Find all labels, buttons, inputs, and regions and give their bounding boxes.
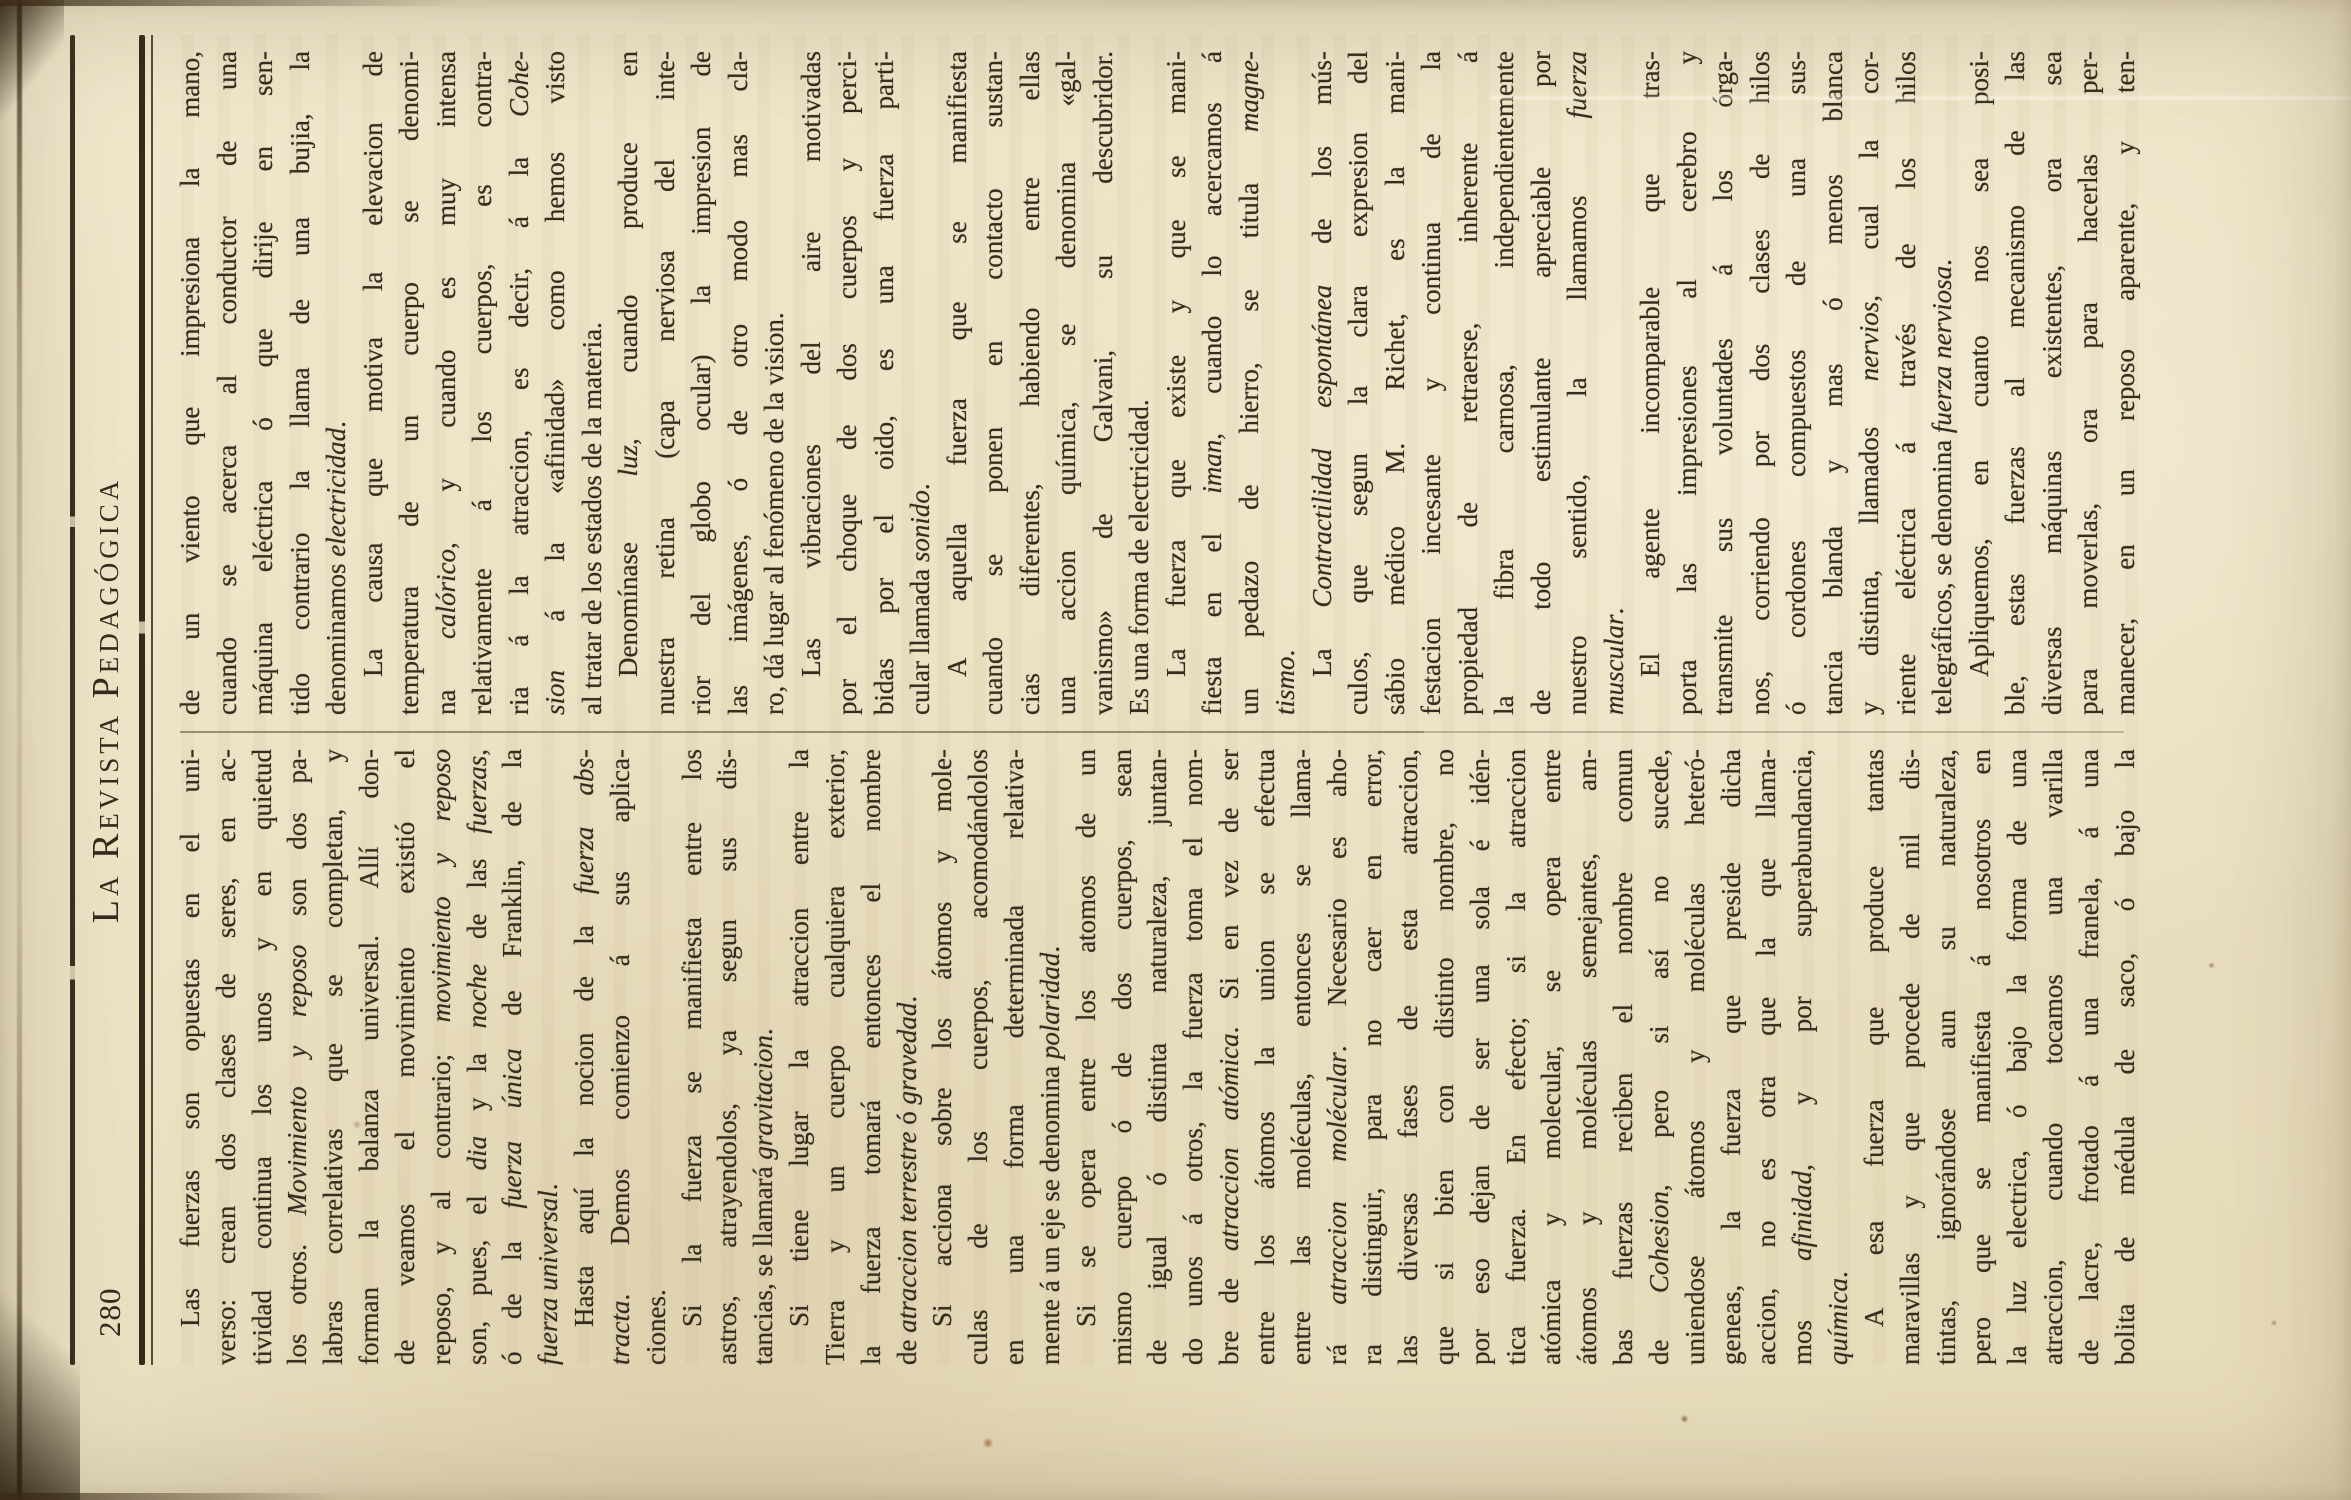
- masthead: 280 La Revista Pedagógica: [82, 35, 134, 1365]
- text-line: Apliquemos, en cuanto nos sea posi-: [1965, 51, 1994, 715]
- text-line: La Contractilidad espontánea de los mús-: [1308, 51, 1337, 715]
- text-line: por el choque de dos cuerpos y perci-: [833, 51, 862, 715]
- text-line: denominamos electricidad.: [322, 51, 351, 715]
- text-line: la luz electrica, ó bajo la forma de una: [2003, 749, 2032, 1365]
- text-line: sábio médico M. Richet, es la mani-: [1381, 51, 1410, 715]
- text-line: tintas, ignorándose aun su naturaleza,: [1932, 749, 1961, 1365]
- text-line: para moverlas, ora para hacerlas per-: [2074, 51, 2103, 715]
- text-line: en una forma determinada relativa-: [1000, 749, 1029, 1365]
- text-line: ciones.: [642, 749, 671, 1365]
- text-line: fiesta en el iman, cuando lo acercamos á: [1198, 51, 1227, 715]
- text-line: son, pues, el dia y la noche de las fuer…: [463, 749, 492, 1365]
- text-line: Las fuerzas son opuestas en el uni-: [176, 749, 205, 1365]
- text-line: cias diferentes, habiendo entre ellas: [1016, 51, 1045, 715]
- text-line: rá atraccion molécular. Necesario es aho…: [1323, 749, 1352, 1365]
- text-line: mismo cuerpo ó de dos cuerpos, sean: [1108, 749, 1137, 1365]
- text-line: atómica y molecular, se opera entre: [1537, 749, 1566, 1365]
- text-line: la fibra carnosa, independientemente: [1490, 51, 1519, 715]
- text-line: mos afinidad, y por superabundancia,: [1788, 749, 1817, 1365]
- text-line: tracta. Demos comienzo á sus aplica-: [606, 749, 635, 1365]
- text-line: astros, atrayendolos, ya segun sus dis-: [713, 749, 742, 1365]
- text-line: tido contrario la llama de una bujia, la: [286, 51, 315, 715]
- journal-title: La Revista Pedagógica: [84, 35, 128, 1365]
- text-line: manecer, en un reposo aparente, y ten-: [2111, 51, 2140, 715]
- text-line: de igual ó distinta naturaleza, juntan-: [1143, 749, 1172, 1365]
- text-line: tancias, se llamará gravitacion.: [749, 749, 778, 1365]
- text-line: reposo, y al contrario; movimiento y rep…: [427, 749, 456, 1365]
- text-line: tismo.: [1271, 51, 1300, 715]
- text-line: máquina eléctrica ó que dirije en sen-: [249, 51, 278, 715]
- text-line: culas de los cuerpos, acomodándolos: [964, 749, 993, 1365]
- column-gutter-rule: [180, 731, 2124, 733]
- text-line: y distinta, llamados nervios, cual la co…: [1855, 51, 1884, 715]
- text-line: A aquella fuerza que se manifiesta: [943, 51, 972, 715]
- text-line: relativamente á los cuerpos, es contra-: [468, 51, 497, 715]
- text-line: bas fuerzas reciben el nombre comun: [1609, 749, 1638, 1365]
- text-line: los otros. Movimiento y reposo son dos p…: [283, 749, 312, 1365]
- text-line: maravillas y que procede de mil dis-: [1896, 749, 1925, 1365]
- text-line: bre de atraccion atómica. Si en vez de s…: [1215, 749, 1244, 1365]
- text-line: telegráficos, se denomina fuerza nervios…: [1928, 51, 1957, 715]
- text-line: fuerza universal.: [534, 749, 563, 1365]
- text-line: de Cohesion, pero si así no sucede,: [1645, 749, 1674, 1365]
- text-line: cular llamada sonido.: [906, 51, 935, 715]
- text-line: Si se opera entre los atomos de un: [1072, 749, 1101, 1365]
- text-line: ó cordones compuestos de una sus-: [1782, 51, 1811, 715]
- scan-paper-background: 280 La Revista Pedagógica Las fuerzas so…: [0, 0, 2351, 1500]
- text-line: do unos á otros, la fuerza toma el nom-: [1179, 749, 1208, 1365]
- text-line: ria á la atraccion, es decir, á la Cohe-: [505, 51, 534, 715]
- text-line: sion á la «afinidad» como hemos visto: [541, 51, 570, 715]
- text-line: mente á un eje se denomina polaridad.: [1036, 749, 1065, 1365]
- text-line: riente eléctrica á través de los hilos: [1892, 51, 1921, 715]
- text-line: Denomínase luz, cuando produce en: [614, 51, 643, 715]
- text-line: verso: crean dos clases de seres, en ac-: [212, 749, 241, 1365]
- text-line: vanismo» de Galvani, su descubridor.: [1089, 51, 1118, 715]
- text-line: na calórico, y cuando es muy intensa: [432, 51, 461, 715]
- text-line: cuando se ponen en contacto sustan-: [979, 51, 1008, 715]
- text-line: Hasta aquí la nocion de la fuerza abs-: [570, 749, 599, 1365]
- text-line: La causa que motiva la elevacion de: [359, 51, 388, 715]
- text-line: por eso dejan de ser una sola é idén-: [1466, 749, 1495, 1365]
- text-line: transmite sus voluntades á los órga-: [1709, 51, 1738, 715]
- text-line: nuestro sentido, la llamamos fuerza: [1563, 51, 1592, 715]
- column-right: de un viento que impresiona la mano,cuan…: [176, 51, 2140, 715]
- rule-below-masthead-thick: [139, 35, 145, 1365]
- text-line: uniendose átomos y moléculas heteró-: [1681, 749, 1710, 1365]
- text-line: la fuerza tomará entonces el nombre: [857, 749, 886, 1365]
- text-line: festacion incesante y continua de la: [1417, 51, 1446, 715]
- rule-below-masthead-thin: [151, 35, 153, 1365]
- text-line: El agente incomparable que tras-: [1636, 51, 1665, 715]
- text-line: temperatura de un cuerpo se denomi-: [395, 51, 424, 715]
- text-line: nuestra retina (capa nerviosa del inte-: [651, 51, 680, 715]
- text-line: nos, corriendo por dos clases de hilos: [1746, 51, 1775, 715]
- text-line: que si bien con distinto nombre, no: [1430, 749, 1459, 1365]
- text-line: tica fuerza. En efecto; si la atraccion: [1502, 749, 1531, 1365]
- text-line: Es una forma de electricidad.: [1125, 51, 1154, 715]
- rule-above-masthead: [70, 35, 75, 1365]
- text-line: atraccion, cuando tocamos una varilla: [2039, 749, 2068, 1365]
- rotated-page-sheet: 280 La Revista Pedagógica Las fuerzas so…: [0, 0, 2351, 1500]
- text-line: A esa fuerza que produce tantas: [1860, 749, 1889, 1365]
- text-line: de todo estimulante apreciable por: [1527, 51, 1556, 715]
- text-line: ra distinguir, para no caer en error,: [1358, 749, 1387, 1365]
- text-line: entre las moléculas, entonces se llama-: [1287, 749, 1316, 1365]
- text-line: labras correlativas que se completan, y: [319, 749, 348, 1365]
- text-line: al tratar de los estados de la materia.: [578, 51, 607, 715]
- text-line: ble, estas fuerzas al mecanismo de las: [2001, 51, 2030, 715]
- text-line: forman la balanza universal. Allí don-: [355, 749, 384, 1365]
- text-line: Si acciona sobre los átomos y mole-: [928, 749, 957, 1365]
- text-line: las diversas fases de esta atraccion,: [1394, 749, 1423, 1365]
- text-line: entre los átomos la union se efectua: [1251, 749, 1280, 1365]
- text-line: muscular.: [1600, 51, 1629, 715]
- text-line: de veamos el movimiento existió el: [391, 749, 420, 1365]
- text-line: ro, dá lugar al fenómeno de la vision.: [760, 51, 789, 715]
- text-line: geneas, la fuerza que preside dicha: [1717, 749, 1746, 1365]
- text-line: ó de la fuerza única de Franklin, de la: [498, 749, 527, 1365]
- text-body: Las fuerzas son opuestas en el uni-verso…: [176, 35, 2140, 1365]
- text-line: tancia blanda y mas ó menos blanca: [1819, 51, 1848, 715]
- text-line: La fuerza que existe y que se mani-: [1162, 51, 1191, 715]
- text-line: porta las impresiones al cerebro y: [1673, 51, 1702, 715]
- text-line: propiedad de retraerse, inherente á: [1454, 51, 1483, 715]
- text-line: culos, que segun la clara expresion del: [1344, 51, 1373, 715]
- text-line: bolita de médula de saco, ó bajo la: [2111, 749, 2140, 1365]
- text-line: diversas máquinas existentes, ora sea: [2038, 51, 2067, 715]
- text-line: un pedazo de hierro, se titula magne-: [1235, 51, 1264, 715]
- text-line: accion, no es otra que la que llama-: [1752, 749, 1781, 1365]
- column-left: Las fuerzas son opuestas en el uni-verso…: [176, 749, 2140, 1365]
- text-line: cuando se acerca al conductor de una: [213, 51, 242, 715]
- text-line: rior del globo ocular) la impresion de: [687, 51, 716, 715]
- text-line: Tierra y un cuerpo cualquiera exterior,: [821, 749, 850, 1365]
- text-line: bidas por el oido, es una fuerza parti-: [870, 51, 899, 715]
- text-line: Si la fuerza se manifiesta entre los: [678, 749, 707, 1365]
- text-line: las imágenes, ó de otro modo mas cla-: [724, 51, 753, 715]
- scanned-journal-page: { "scan": { "paper_color": "#ece2c5", "i…: [0, 0, 2351, 1500]
- text-line: de un viento que impresiona la mano,: [176, 51, 205, 715]
- text-line: átomos y moléculas semejantes, am-: [1573, 749, 1602, 1365]
- text-line: Las vibraciones del aire motivadas: [797, 51, 826, 715]
- text-line: Si tiene lugar la atraccion entre la: [785, 749, 814, 1365]
- text-line: química.: [1824, 749, 1853, 1365]
- text-line: pero que se manifiesta á nosotros en: [1967, 749, 1996, 1365]
- text-line: de atraccion terrestre ó gravedad.: [893, 749, 922, 1365]
- text-line: una accion química, se denomina «gal-: [1052, 51, 1081, 715]
- text-line: de lacre, frotado á una franela, á una: [2075, 749, 2104, 1365]
- text-line: tividad continua los unos y en quietud: [248, 749, 277, 1365]
